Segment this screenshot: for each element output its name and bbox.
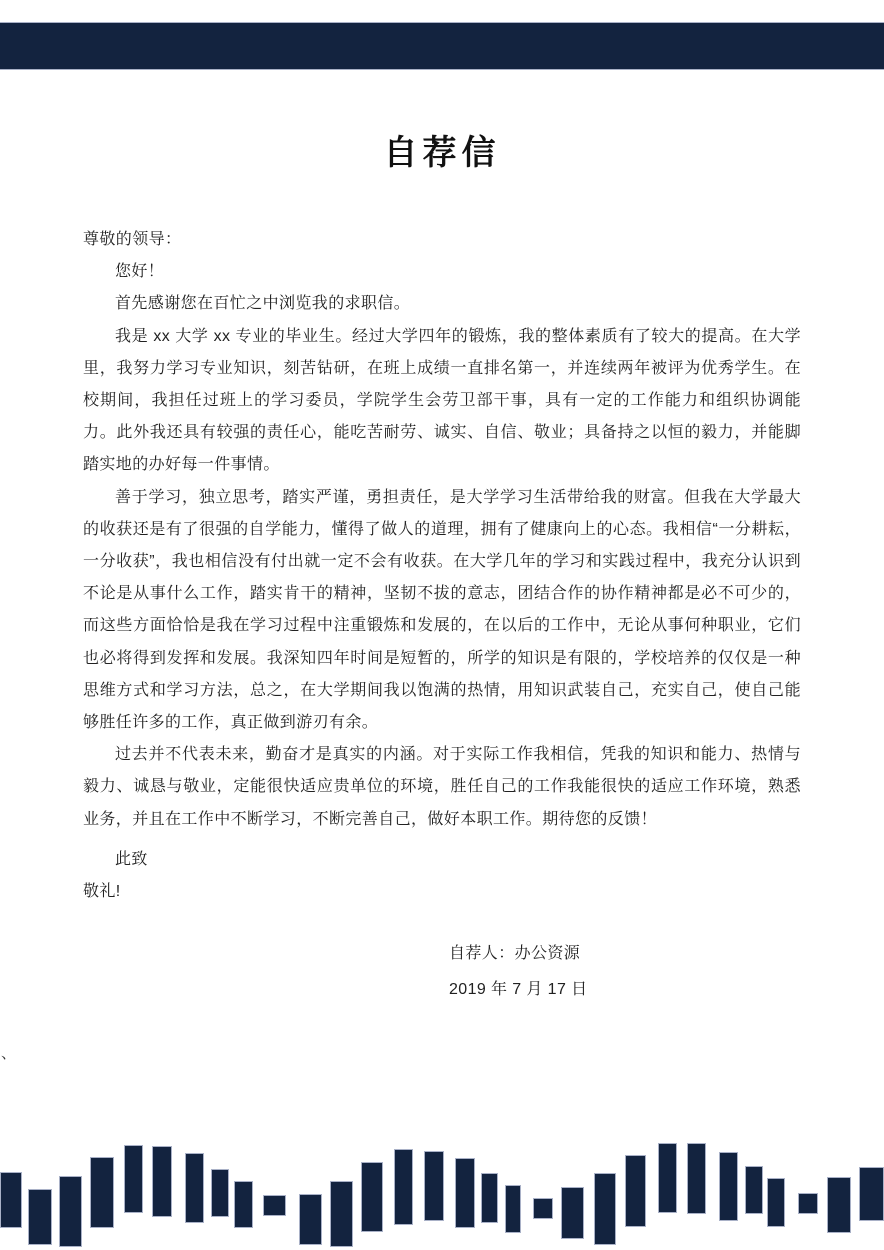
footer-bar xyxy=(481,1173,498,1223)
footer-bar xyxy=(361,1162,383,1232)
footer-bar xyxy=(533,1198,553,1219)
paragraph-greeting: 您好！ xyxy=(83,256,801,288)
footer-bar xyxy=(767,1178,785,1227)
footer-bar xyxy=(124,1145,143,1213)
closing-respectfully: 此致 xyxy=(83,844,801,876)
footer-bar xyxy=(0,1172,22,1228)
footer-bar xyxy=(827,1177,851,1233)
salutation-line: 尊敬的领导： xyxy=(83,224,801,256)
signature-signer: 自荐人：办公资源 xyxy=(449,938,801,970)
footer-bar xyxy=(185,1153,204,1223)
footer-bar xyxy=(505,1185,521,1233)
footer-bar xyxy=(234,1181,253,1228)
footer-bar xyxy=(687,1143,706,1214)
footer-bar xyxy=(299,1194,322,1245)
footer-bar xyxy=(330,1181,353,1247)
paragraph-gains: 善于学习，独立思考，踏实严谨，勇担责任，是大学学习生活带给我的财富。但我在大学最… xyxy=(83,482,801,740)
footer-bar xyxy=(263,1195,286,1216)
paragraph-background: 我是 xx 大学 xx 专业的毕业生。经过大学四年的锻炼，我的整体素质有了较大的… xyxy=(83,321,801,482)
closing-salute: 敬礼! xyxy=(83,876,801,908)
footer-bar xyxy=(719,1152,738,1221)
letter-body: 尊敬的领导： 您好！ 首先感谢您在百忙之中浏览我的求职信。 我是 xx 大学 x… xyxy=(83,224,801,1007)
footer-bar xyxy=(59,1176,82,1247)
stray-punctuation-mark: 、 xyxy=(1,1042,16,1063)
footer-bar xyxy=(28,1189,52,1245)
paragraph-outlook: 过去并不代表未来，勤奋才是真实的内涵。对于实际工作我相信，凭我的知识和能力、热情… xyxy=(83,739,801,836)
footer-bar xyxy=(152,1146,172,1217)
footer-bar xyxy=(394,1149,413,1225)
footer-bar xyxy=(594,1173,616,1245)
footer-bar xyxy=(859,1167,884,1221)
letter-content: 自荐信 尊敬的领导： 您好！ 首先感谢您在百忙之中浏览我的求职信。 我是 xx … xyxy=(83,0,801,1007)
document-page: 自荐信 尊敬的领导： 您好！ 首先感谢您在百忙之中浏览我的求职信。 我是 xx … xyxy=(0,0,884,1250)
footer-bar xyxy=(625,1155,646,1227)
footer-bar xyxy=(90,1157,114,1228)
footer-bar xyxy=(455,1158,475,1228)
footer-bar xyxy=(798,1193,818,1214)
footer-bar xyxy=(658,1143,677,1213)
footer-bar xyxy=(745,1166,763,1214)
paragraph-thanks: 首先感谢您在百忙之中浏览我的求职信。 xyxy=(83,288,801,320)
page-title: 自荐信 xyxy=(83,134,801,173)
footer-bar xyxy=(424,1151,444,1221)
footer-bar xyxy=(211,1169,229,1217)
signature-date: 2019 年 7 月 17 日 xyxy=(449,974,801,1006)
footer-bar xyxy=(561,1187,584,1239)
